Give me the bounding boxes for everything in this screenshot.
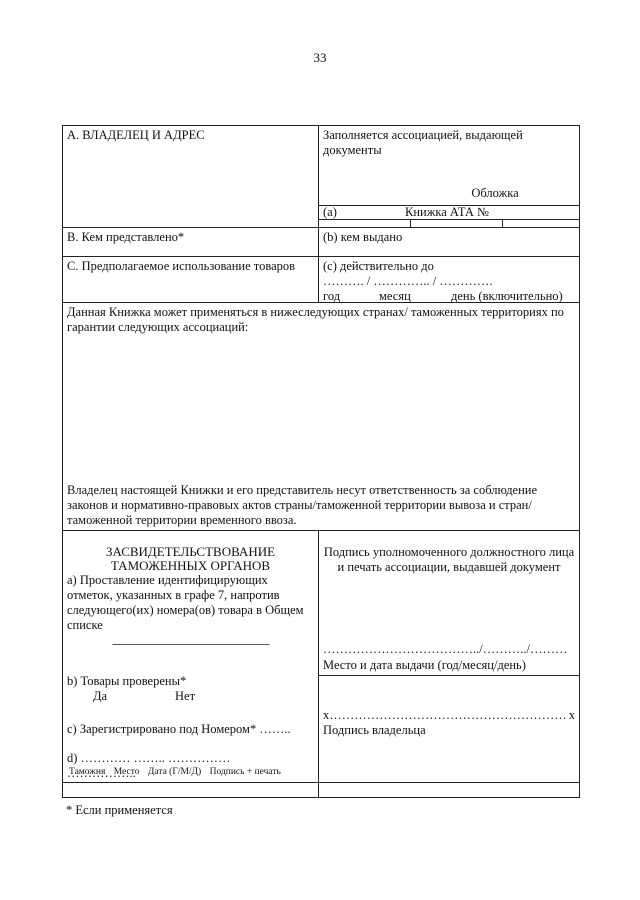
row-represented-by: B. Кем представлено* (b) кем выдано <box>63 228 579 257</box>
cover-label: Обложка <box>319 186 579 206</box>
date-year-label: год <box>323 289 379 304</box>
issued-by-field[interactable]: (b) кем выдано <box>319 228 579 256</box>
carnet-number-cell-1[interactable] <box>319 220 411 227</box>
owner-signature-label: Подпись владельца <box>323 723 426 738</box>
represented-by-field[interactable]: B. Кем представлено* <box>63 228 319 256</box>
goods-checked-options: Да Нет <box>67 689 314 704</box>
intended-use-field[interactable]: C. Предполагаемое использование товаров <box>63 257 319 302</box>
footer-signature-label: Подпись + печать <box>210 767 281 777</box>
footer-customs-label: Таможня <box>69 767 105 777</box>
row-intended-use: C. Предполагаемое использование товаров … <box>63 257 579 303</box>
carnet-number-line: (a) Книжка АТА № <box>319 206 579 220</box>
carnet-number-cell-3[interactable] <box>503 220 579 227</box>
row-empty-bottom <box>63 783 579 797</box>
owner-signature-block[interactable]: x………………………………………………… x Подпись владельца <box>319 676 579 782</box>
owner-address-label: А. ВЛАДЕЛЕЦ И АДРЕС <box>67 128 205 142</box>
issue-place-date-label: Место и дата выдачи (год/месяц/день) <box>323 658 526 673</box>
certification-title-1: ЗАСВИДЕТЕЛЬСТВОВАНИЕ <box>67 545 314 559</box>
carnet-number-cells <box>319 220 579 227</box>
issuer-signature-title: Подпись уполномоченного должностного лиц… <box>323 545 575 575</box>
option-yes[interactable]: Да <box>93 689 175 704</box>
liability-statement: Владелец настоящей Книжки и его представ… <box>63 481 579 530</box>
valid-until-field[interactable]: (c) действительно до ………. / ………….. / ………… <box>319 257 579 302</box>
item-a-entry-line[interactable]: ----------------------------------------… <box>67 637 314 652</box>
date-day-label: день (включительно) <box>451 289 563 304</box>
issuer-signature-block[interactable]: Подпись уполномоченного должностного лиц… <box>319 531 579 676</box>
issue-place-date-dots: ………………………………../………../……… <box>323 642 575 657</box>
valid-until-label: (c) действительно до <box>323 259 575 274</box>
footer-place-label: Место <box>114 767 140 777</box>
signatures-box: Подпись уполномоченного должностного лиц… <box>319 531 579 782</box>
certification-title-2: ТАМОЖЕННЫХ ОРГАНОВ <box>67 559 314 573</box>
row-owner-address: А. ВЛАДЕЛЕЦ И АДРЕС Заполняется ассоциац… <box>63 126 579 228</box>
issued-by-label: (b) кем выдано <box>323 230 402 244</box>
carnet-number-cell-2[interactable] <box>411 220 503 227</box>
carnet-number-label: Книжка АТА № <box>405 206 489 219</box>
valid-until-date-labels: год месяц день (включительно) <box>323 289 575 304</box>
row-countries: Данная Книжка может применяться в нижесл… <box>63 303 579 531</box>
issuer-box: Заполняется ассоциацией, выдающей докуме… <box>319 126 579 227</box>
certification-item-c[interactable]: c) Зарегистрировано под Номером* …….. <box>67 722 314 737</box>
owner-address-field[interactable]: А. ВЛАДЕЛЕЦ И АДРЕС <box>63 126 319 227</box>
footer-date-label: Дата (Г/М/Д) <box>148 767 201 777</box>
countries-field[interactable]: Данная Книжка может применяться в нижесл… <box>63 303 579 481</box>
certification-footer-labels: Таможня Место Дата (Г/М/Д) Подпись + печ… <box>69 765 287 780</box>
item-a-label: (a) <box>323 206 405 219</box>
owner-signature-x-left: x………………………………………………… <box>323 708 567 723</box>
option-no[interactable]: Нет <box>175 689 195 704</box>
date-month-label: месяц <box>379 289 451 304</box>
certification-item-a: a) Проставление идентифицирующих отметок… <box>67 573 314 633</box>
footnote: * Если применяется <box>66 803 173 818</box>
issuer-note: Заполняется ассоциацией, выдающей докуме… <box>319 126 579 186</box>
empty-cell-right <box>319 783 579 797</box>
ata-carnet-cover-form: А. ВЛАДЕЛЕЦ И АДРЕС Заполняется ассоциац… <box>62 125 580 798</box>
valid-until-date-dots: ………. / ………….. / …………. <box>323 274 575 289</box>
row-certification: ЗАСВИДЕТЕЛЬСТВОВАНИЕ ТАМОЖЕННЫХ ОРГАНОВ … <box>63 531 579 783</box>
intended-use-label: C. Предполагаемое использование товаров <box>67 259 295 273</box>
owner-signature-line: x………………………………………………… x <box>323 708 575 723</box>
represented-by-label: B. Кем представлено* <box>67 230 184 244</box>
certification-item-b: b) Товары проверены* <box>67 674 314 689</box>
empty-cell-left <box>63 783 319 797</box>
customs-certification-box: ЗАСВИДЕТЕЛЬСТВОВАНИЕ ТАМОЖЕННЫХ ОРГАНОВ … <box>63 531 319 782</box>
owner-signature-x-right: x <box>569 708 575 723</box>
certification-item-d[interactable]: d) ………… …….. …………… <box>67 751 314 766</box>
countries-text: Данная Книжка может применяться в нижесл… <box>67 305 564 334</box>
page-number: 33 <box>0 50 640 65</box>
